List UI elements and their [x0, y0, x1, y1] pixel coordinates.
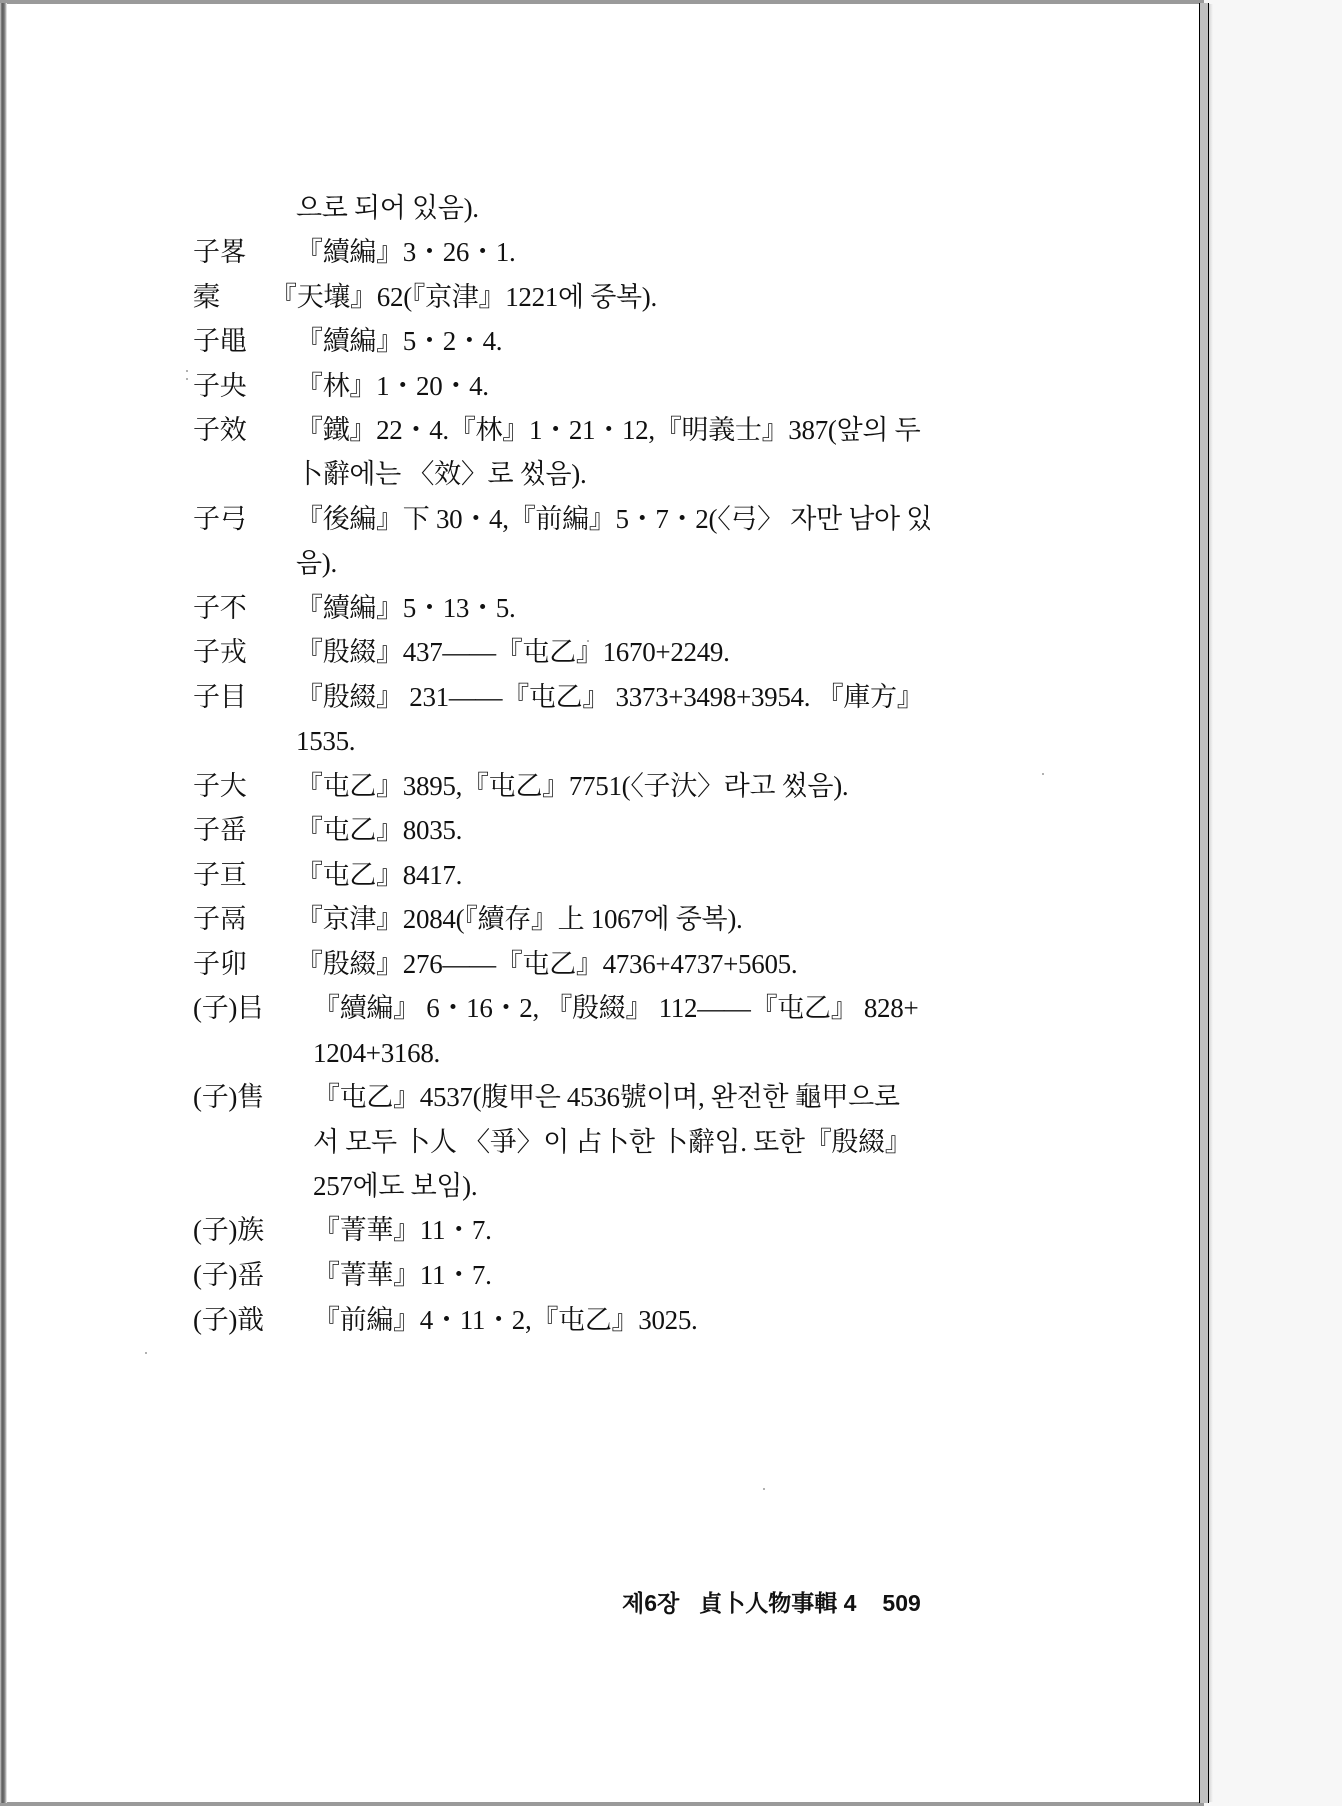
entry-label: 子戎 [193, 632, 246, 672]
entry-label: 子黽 [193, 321, 246, 361]
running-footer: 제6장貞卜人物事輯 4509 [622, 1588, 921, 1618]
entry-reference-continued: 서 모두 卜人 〈爭〉이 占卜한 卜辭임. 또한『殷綴』 [313, 1122, 912, 1162]
entry-label: 子亘 [193, 855, 246, 895]
entry-reference: 『殷綴』276——『屯乙』4736+4737+5605. [296, 944, 797, 984]
entry-reference: 『京津』2084(『續存』上 1067에 중복). [296, 899, 742, 939]
scan-speck [763, 1488, 765, 1490]
entry-label: 子䍃 [193, 810, 246, 850]
entry-reference: 『屯乙』4537(腹甲은 4536號이며, 완전한 龜甲으로 [313, 1077, 900, 1117]
entry-label: 子鬲 [193, 899, 246, 939]
entry-label: 子效 [193, 410, 246, 450]
page-left-edge [0, 3, 7, 1803]
page-stack-edge [1199, 3, 1209, 1803]
chapter-title: 貞卜人物事輯 4 [699, 1588, 856, 1618]
entry-reference: 『菁華』11・7. [313, 1255, 492, 1295]
entry-label: (子)售 [193, 1077, 264, 1117]
entry-reference: 『菁華』11・7. [313, 1210, 492, 1250]
entry-label: 子不 [193, 588, 246, 628]
entry-reference-continued: 1204+3168. [313, 1033, 440, 1073]
entry-reference: 『續編』5・2・4. [296, 321, 502, 361]
entry-reference: 『殷綴』437——『屯乙』1670+2249. [296, 632, 730, 672]
scan-speck [145, 1352, 147, 1354]
page-number: 509 [882, 1588, 920, 1618]
scan-speck [1042, 773, 1044, 775]
entry-label: 槖 [193, 277, 220, 317]
entry-label: 子央 [193, 366, 246, 406]
entry-reference: 『續編』 6・16・2, 『殷綴』 112——『屯乙』 828+ [313, 988, 918, 1028]
entry-label: (子)戠 [193, 1300, 264, 1340]
entry-reference-continued: 1535. [296, 721, 355, 761]
entry-reference: 『屯乙』8417. [296, 855, 462, 895]
entry-label: (子)族 [193, 1210, 264, 1250]
entry-reference-continued: 卜辭에는 〈效〉로 썼음). [296, 454, 586, 494]
entry-reference: 『天壤』62(『京津』1221에 중복). [270, 277, 657, 317]
entry-label: 子卯 [193, 944, 246, 984]
scan-speck [587, 640, 589, 642]
entry-reference: 『殷綴』 231——『屯乙』 3373+3498+3954. 『庫方』 [296, 677, 923, 717]
continuation-text: 으로 되어 있음). [296, 188, 479, 228]
entry-reference: 『續編』5・13・5. [296, 588, 515, 628]
page-shadow [1209, 4, 1213, 1802]
entry-label: (子)㠯 [193, 988, 264, 1028]
scan-speck [186, 370, 188, 372]
entry-reference: 『屯乙』8035. [296, 810, 462, 850]
entry-label: (子)䍃 [193, 1255, 264, 1295]
scan-speck [186, 378, 188, 380]
entry-reference: 『林』1・20・4. [296, 366, 489, 406]
entry-reference-continued: 음). [296, 543, 337, 583]
entry-reference: 『鐵』22・4.『林』1・21・12,『明義士』387(앞의 두 [296, 410, 920, 450]
page-top-edge [0, 0, 1204, 4]
entry-label: 子畧 [193, 232, 246, 272]
entry-label: 子弓 [193, 499, 246, 539]
page-bottom-edge [0, 1802, 1204, 1806]
entry-reference: 『後編』下 30・4,『前編』5・7・2(〈弓〉 자만 남아 있 [296, 499, 932, 539]
entry-label: 子目 [193, 677, 246, 717]
entry-reference-continued: 257에도 보임). [313, 1166, 477, 1206]
entry-reference: 『屯乙』3895,『屯乙』7751(〈子汏〉라고 썼음). [296, 766, 848, 806]
entry-reference: 『前編』4・11・2,『屯乙』3025. [313, 1300, 698, 1340]
entry-reference: 『續編』3・26・1. [296, 232, 515, 272]
entry-label: 子大 [193, 766, 246, 806]
chapter-label: 제6장 [622, 1588, 679, 1618]
